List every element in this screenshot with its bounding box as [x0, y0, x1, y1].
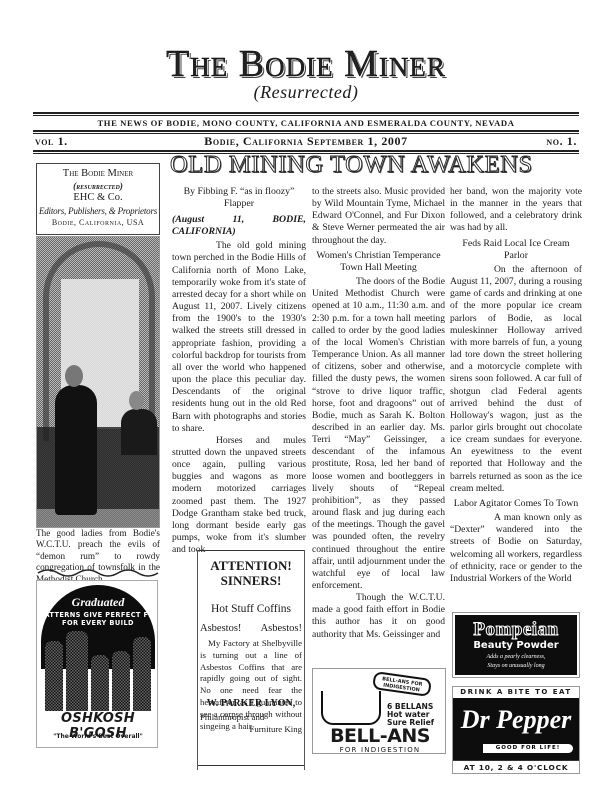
ad-bottle: BELL-ANS FOR INDIGESTION — [372, 671, 432, 697]
ad-asbestos-row: Asbestos! Asbestos! — [200, 623, 302, 634]
man-figure — [45, 641, 63, 711]
article-column-2: to the streets also. Music provided by W… — [312, 186, 445, 641]
ad-top: DRINK A BITE TO EAT — [453, 687, 579, 698]
ad-subheading: Hot Stuff Coffins — [198, 603, 304, 615]
ad-men-illustration — [45, 629, 151, 711]
subheading: Women's Christian Temperance Town Hall M… — [312, 250, 445, 274]
man-figure — [133, 637, 151, 711]
ad-title-1: Philanthropist and — [200, 712, 264, 722]
ad-asbestos-right: Asbestos! — [261, 623, 302, 634]
ad-heading: ATTENTION! SINNERS! — [198, 558, 304, 588]
man-figure — [91, 655, 109, 711]
ad-script: Graduated — [37, 595, 158, 610]
ad-title-2: Furniture King — [249, 724, 302, 734]
man-figure — [66, 631, 88, 711]
ad-rule — [198, 765, 304, 766]
ad-slogan: "The World's Best Overall" — [37, 733, 158, 740]
ad-brand: BELL-ANS — [315, 727, 445, 746]
article-byline: By Fibbing F. “as in floozy” Flapper — [172, 186, 306, 210]
subheading: Feds Raid Local Ice Cream Parlor — [450, 238, 582, 262]
paragraph: her band, won the majority vote in the m… — [450, 186, 582, 235]
speaker-head — [65, 365, 83, 387]
paragraph: The doors of the Bodie United Methodist … — [312, 276, 445, 592]
article-column-1: By Fibbing F. “as in floozy” Flapper (Au… — [172, 186, 306, 556]
paragraph: Though the W.C.T.U. made a good faith ef… — [312, 592, 445, 641]
ad-lines: 6 BELLANS Hot water Sure Relief — [387, 703, 434, 727]
dateline: Bodie, California September 1, 2007 — [33, 134, 579, 149]
article-dateline: (August 11, BODIE, CALIFORNIA) — [172, 214, 306, 238]
speaker-figure — [55, 385, 97, 515]
church-photo — [36, 236, 160, 528]
paragraph: Horses and mules strutted down the unpav… — [172, 435, 306, 557]
bellans-ad: BELL-ANS FOR INDIGESTION 6 BELLANS Hot w… — [312, 668, 446, 754]
ad-brand: Pompeian — [455, 620, 577, 640]
editor-roles: Editors, Publishers, & Proprietors — [37, 205, 159, 217]
paragraph: A man known only as “Dexter” wandered in… — [450, 512, 582, 585]
newspaper-subtitle: (Resurrected) — [0, 82, 612, 103]
ad-signature: W. PARKER LYON, — [198, 698, 304, 709]
editor-paper-sub: (resurrected) — [37, 180, 159, 192]
newspaper-title: The Bodie Miner — [0, 42, 612, 86]
tagline: The News of Bodie, Mono County, Californ… — [33, 118, 579, 128]
subheading: Labor Agitator Comes To Town — [450, 498, 582, 510]
rule-divider — [33, 112, 579, 116]
seated-head — [129, 391, 144, 410]
masthead: The Bodie Miner (Resurrected) — [0, 42, 612, 103]
ad-rule — [198, 550, 304, 551]
ad-bottom: AT 10, 2 & 4 O'CLOCK — [453, 760, 579, 773]
editor-paper-name: The Bodie Miner — [37, 168, 159, 180]
ad-line: Adds a pearly clearness, — [455, 654, 577, 661]
ad-asbestos-left: Asbestos! — [200, 623, 241, 634]
paragraph: On the afternoon of August 11, 2007, dur… — [450, 264, 582, 495]
pompeian-ad: Pompeian Beauty Powder Adds a pearly cle… — [452, 612, 580, 678]
seated-figure — [121, 409, 157, 455]
ad-slogan: GOOD FOR LIFE! — [483, 744, 573, 753]
editor-location: Bodie, California, USA — [37, 217, 159, 229]
article-column-3: her band, won the majority vote in the m… — [450, 186, 582, 585]
ad-line: Stays on unusually long — [455, 663, 577, 670]
dateline-bar: vol 1. Bodie, California September 1, 20… — [33, 134, 579, 150]
ad-pitch: PATTERNS GIVE PERFECT FIT FOR EVERY BUIL… — [37, 611, 158, 627]
paragraph: to the streets also. Music provided by W… — [312, 186, 445, 247]
paragraph: The old gold mining town perched in the … — [172, 240, 306, 435]
ad-brand: Dr Pepper — [453, 698, 579, 738]
editor-box: The Bodie Miner (resurrected) EHC & Co. … — [36, 163, 160, 235]
coffin-ad: ATTENTION! SINNERS! Hot Stuff Coffins As… — [197, 550, 305, 770]
issue-number: no. 1. — [546, 134, 577, 149]
editor-company: EHC & Co. — [37, 192, 159, 204]
ad-product: Beauty Powder — [455, 640, 577, 652]
article-headline: OLD MINING TOWN AWAKENS — [170, 151, 580, 179]
oshkosh-ad: Graduated PATTERNS GIVE PERFECT FIT FOR … — [36, 580, 158, 748]
wave-divider-icon — [36, 568, 160, 578]
drpepper-ad: DRINK A BITE TO EAT Dr Pepper GOOD FOR L… — [452, 686, 580, 774]
pot-shape — [321, 691, 381, 725]
man-figure — [112, 651, 130, 711]
ad-tag: FOR INDIGESTION — [315, 746, 445, 754]
